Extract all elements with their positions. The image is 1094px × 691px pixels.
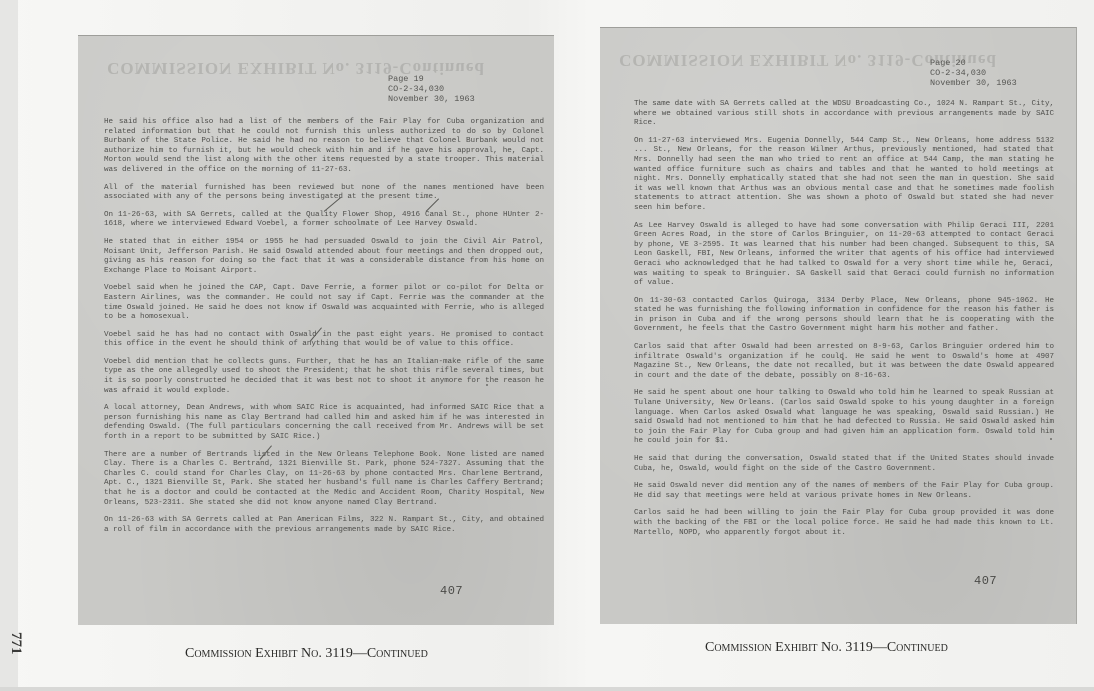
- paragraph: As Lee Harvey Oswald is alleged to have …: [634, 222, 1054, 289]
- document-page-20: COMMISSION EXHIBIT No. 3119-Continued Pa…: [600, 27, 1077, 624]
- paragraph: The same date with SA Gerrets called at …: [634, 100, 1054, 129]
- paragraph: He said his office also had a list of th…: [104, 118, 544, 176]
- file-number: CO-2-34,030: [930, 68, 1017, 78]
- report-date: November 30, 1963: [930, 78, 1017, 88]
- page-body: He said his office also had a list of th…: [104, 118, 544, 543]
- paragraph: A local attorney, Dean Andrews, with who…: [104, 404, 544, 442]
- document-page-19: COMMISSION EXHIBIT No. 3119-Continued Pa…: [78, 35, 554, 625]
- scan-speck: [1050, 438, 1052, 440]
- paragraph: On 11-30-63 contacted Carlos Quiroga, 31…: [634, 297, 1054, 335]
- paragraph: On 11-26-63 with SA Gerrets called at Pa…: [104, 516, 544, 535]
- paragraph: He said Oswald never did mention any of …: [634, 482, 1054, 501]
- side-page-number: 771: [7, 632, 24, 655]
- paragraph: He stated that in either 1954 or 1955 he…: [104, 238, 544, 276]
- paragraph: There are a number of Bertrands listed i…: [104, 451, 544, 509]
- page-label: Page 20: [930, 58, 1017, 68]
- paragraph: On 11-27-63 interviewed Mrs. Eugenia Don…: [634, 137, 1054, 214]
- paragraph: Voebel said he has had no contact with O…: [104, 331, 544, 350]
- left-margin-strip: [0, 0, 18, 691]
- page-label: Page 19: [388, 74, 475, 84]
- page-body: The same date with SA Gerrets called at …: [634, 100, 1054, 546]
- paragraph: He said he spent about one hour talking …: [634, 389, 1054, 447]
- bleed-through-heading: COMMISSION EXHIBIT No. 3119-Continued: [38, 58, 554, 78]
- paragraph: Carlos said he had been willing to join …: [634, 509, 1054, 538]
- report-date: November 30, 1963: [388, 94, 475, 104]
- page-header: Page 19 CO-2-34,030 November 30, 1963: [388, 74, 475, 104]
- page-number: 407: [974, 574, 997, 588]
- paragraph: Voebel did mention that he collects guns…: [104, 358, 544, 396]
- paragraph: Voebel said when he joined the CAP, Capt…: [104, 284, 544, 322]
- paragraph: On 11-26-63, with SA Gerrets, called at …: [104, 211, 544, 230]
- exhibit-caption-right: Commission Exhibit No. 3119—Continued: [705, 640, 948, 656]
- paragraph: Carlos said that after Oswald had been a…: [634, 343, 1054, 381]
- file-number: CO-2-34,030: [388, 84, 475, 94]
- paragraph: All of the material furnished has been r…: [104, 184, 544, 203]
- scan-speck: [842, 358, 844, 360]
- exhibit-caption-left: Commission Exhibit No. 3119—Continued: [185, 646, 428, 662]
- page-number: 407: [440, 584, 463, 598]
- page-header: Page 20 CO-2-34,030 November 30, 1963: [930, 58, 1017, 88]
- paragraph: He said that during the conversation, Os…: [634, 455, 1054, 474]
- bottom-edge: [0, 687, 1094, 691]
- scan-speck: [486, 384, 488, 386]
